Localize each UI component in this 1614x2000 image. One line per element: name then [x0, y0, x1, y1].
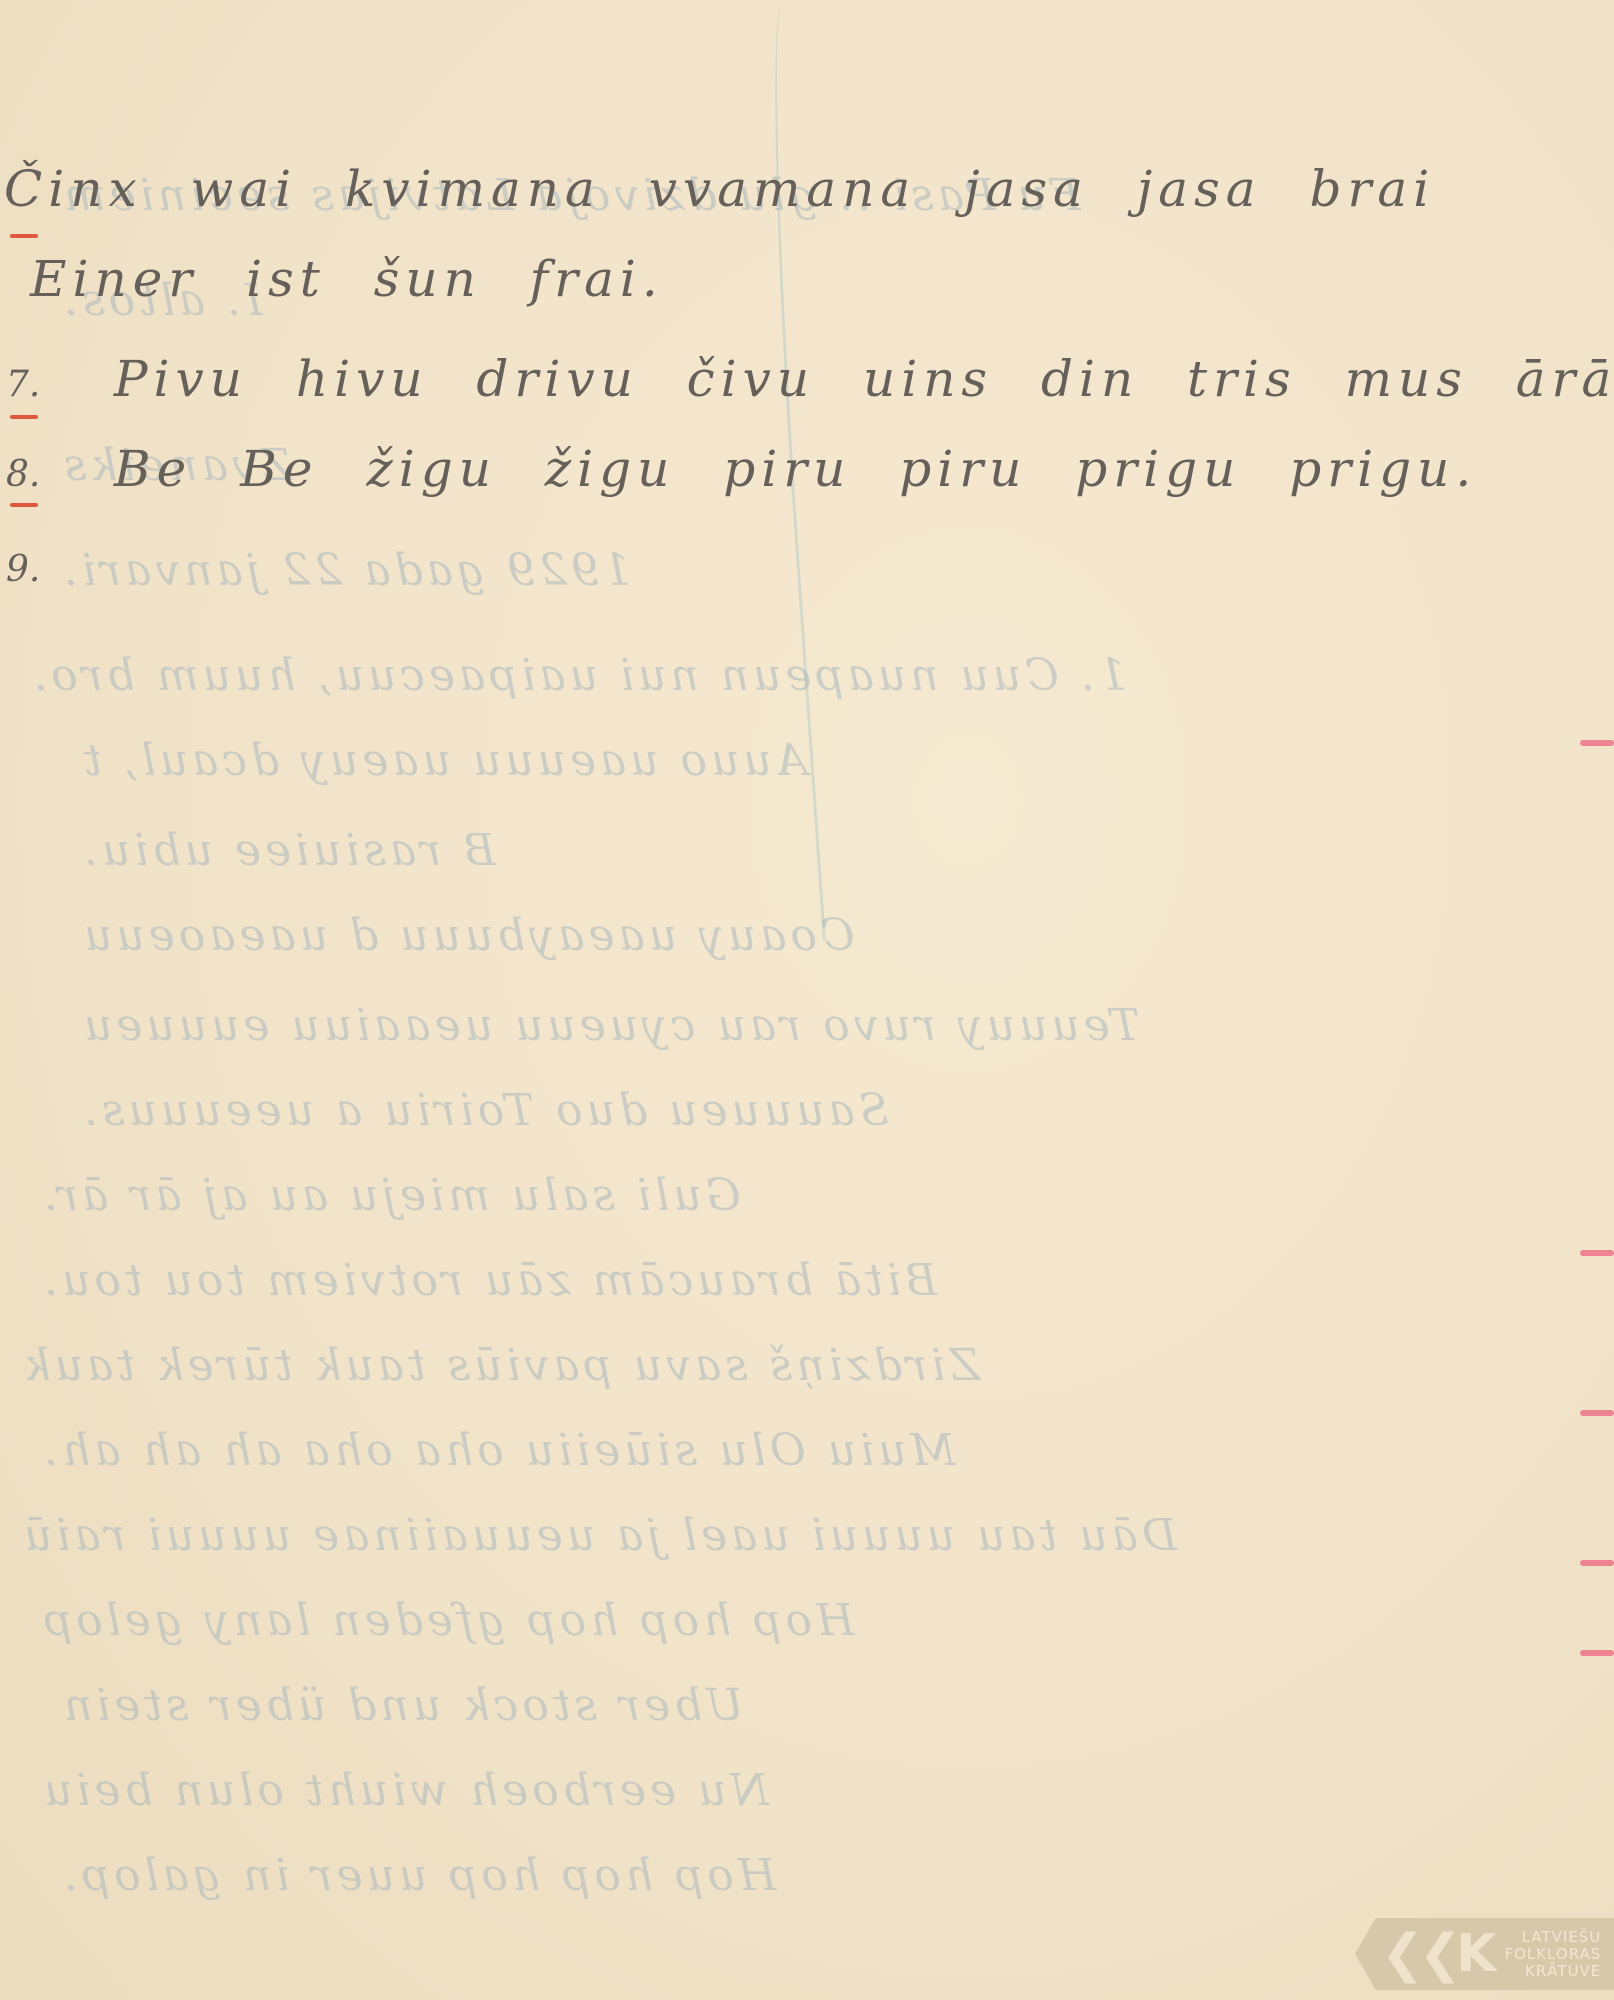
- line-text: Be Be žigu žigu piru piru prigu prigu.: [114, 440, 1477, 498]
- manuscript-line-7: 7. Pivu hivu drivu čivu uins din tris mu…: [6, 350, 1614, 408]
- pink-margin-mark: [1580, 740, 1614, 746]
- line-number: 9.: [6, 549, 66, 590]
- red-margin-mark: [10, 415, 38, 419]
- pink-margin-mark: [1580, 1410, 1614, 1416]
- manuscript-line-8: 8. Be Be žigu žigu piru piru prigu prigu…: [6, 440, 1477, 498]
- red-margin-mark: [10, 234, 38, 238]
- line-text: Pivu hivu drivu čivu uins din tris mus ā…: [114, 350, 1614, 408]
- line-text: Činx wai kvimana vvamana jasa jasa brai: [4, 160, 1435, 218]
- pink-margin-mark: [1580, 1650, 1614, 1656]
- line-number: 8.: [6, 454, 66, 495]
- pink-margin-mark: [1580, 1560, 1614, 1566]
- archive-watermark: ❮❮K LATVIEŠU FOLKLORAS KRĀTUVE: [1355, 1918, 1614, 1990]
- manuscript-line-2: Einer ist šun frai.: [30, 250, 664, 308]
- manuscript-line-9: 9.: [6, 535, 66, 593]
- watermark-text: LATVIEŠU FOLKLORAS KRĀTUVE: [1504, 1929, 1601, 1980]
- red-margin-mark: [10, 503, 38, 507]
- line-number: 7.: [6, 364, 66, 405]
- pink-margin-mark: [1580, 1250, 1614, 1256]
- manuscript-line-1: Činx wai kvimana vvamana jasa jasa brai: [4, 160, 1435, 218]
- lfk-logo-icon: ❮❮K: [1381, 1924, 1490, 1984]
- line-text: Einer ist šun frai.: [30, 250, 664, 308]
- manuscript-page: Fu Pasi .. glu dzivoja Latvijas seciniem…: [0, 0, 1614, 2000]
